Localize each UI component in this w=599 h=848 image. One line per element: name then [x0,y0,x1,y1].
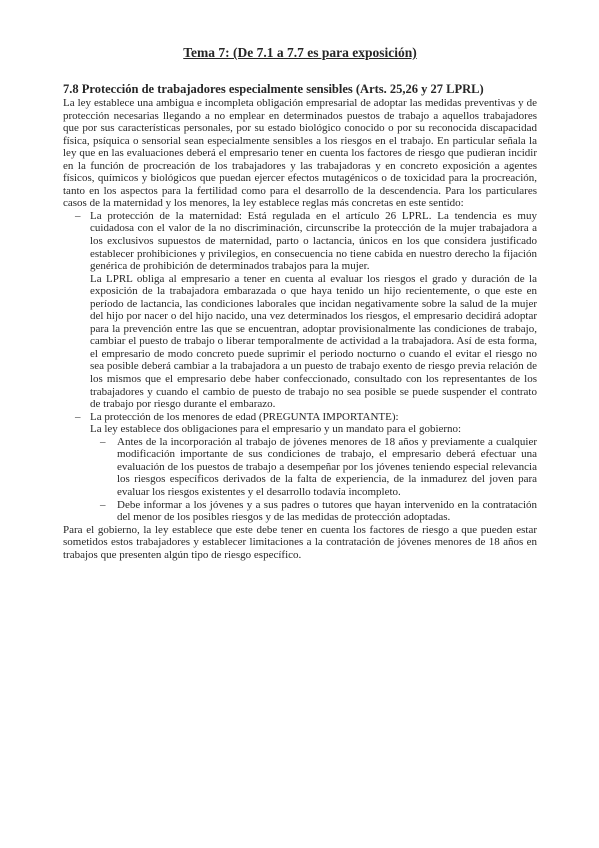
bullet-item-minors-sub-2: – Debe informar a los jóvenes y a sus pa… [90,499,537,524]
dash-bullet-icon: – [75,411,90,424]
bullet-item-minors: – La protección de los menores de edad (… [63,411,537,524]
minors-intro-line: La ley establece dos obligaciones para e… [90,423,537,436]
bullet-item-maternity: – La protección de la maternidad: Está r… [63,210,537,411]
dash-bullet-icon: – [100,499,117,512]
section-heading: 7.8 Protección de trabajadores especialm… [63,82,537,97]
minors-sub-paragraph-1: Antes de la incorporación al trabajo de … [117,436,537,499]
section-body: La ley establece una ambigua e incomplet… [63,97,537,561]
doc-title: Tema 7: (De 7.1 a 7.7 es para exposición… [63,45,537,61]
minors-sub-1-body: Antes de la incorporación al trabajo de … [117,436,537,499]
minors-sub-paragraph-2: Debe informar a los jóvenes y a sus padr… [117,499,537,524]
intro-paragraph: La ley establece una ambigua e incomplet… [63,97,537,210]
dash-bullet-icon: – [75,210,90,223]
bullet-maternity-body: La protección de la maternidad: Está reg… [90,210,537,411]
bullet-minors-body: La protección de los menores de edad (PR… [90,411,537,524]
closing-paragraph: Para el gobierno, la ley establece que e… [63,524,537,562]
maternity-paragraph-1: La protección de la maternidad: Está reg… [90,210,537,273]
bullet-item-minors-sub-1: – Antes de la incorporación al trabajo d… [90,436,537,499]
doc-title-text: Tema 7: (De 7.1 a 7.7 es para exposición… [183,45,416,60]
dash-bullet-icon: – [100,436,117,449]
document-page: Tema 7: (De 7.1 a 7.7 es para exposición… [0,0,599,848]
minors-sub-2-body: Debe informar a los jóvenes y a sus padr… [117,499,537,524]
minors-title-line: La protección de los menores de edad (PR… [90,411,537,424]
maternity-paragraph-2: La LPRL obliga al empresario a tener en … [90,273,537,411]
